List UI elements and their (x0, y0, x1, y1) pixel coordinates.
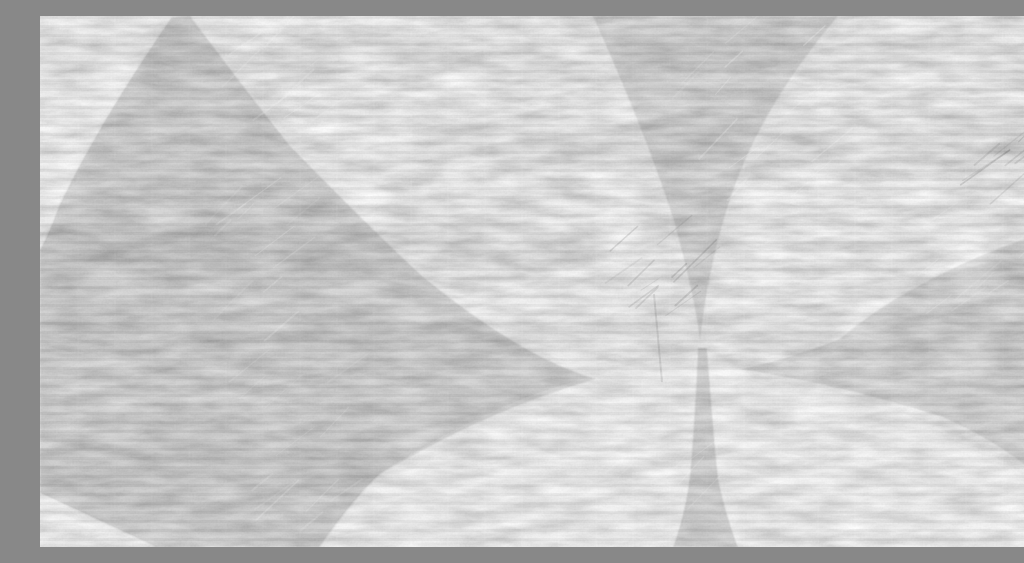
abstract-texture-artwork (40, 16, 1024, 547)
abstract-texture-image (40, 16, 1024, 547)
grain-overlay (40, 16, 1024, 547)
